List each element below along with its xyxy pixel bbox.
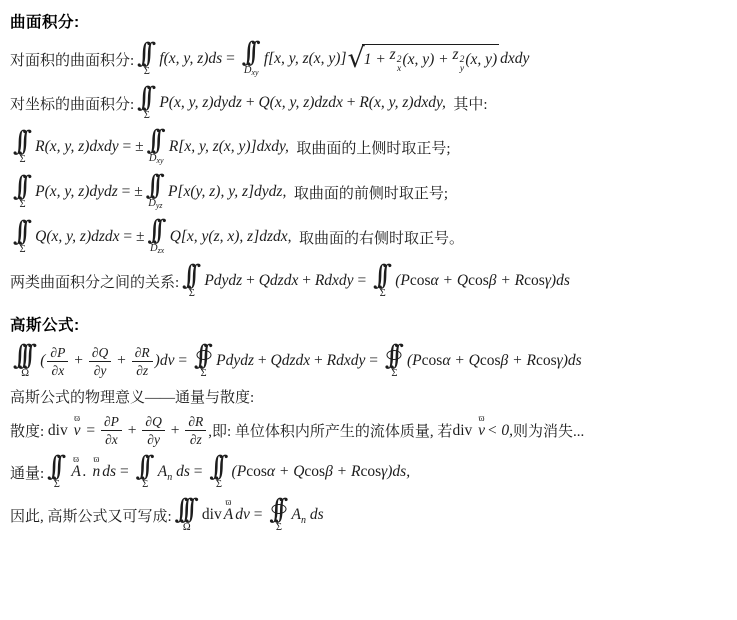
- math-roman-run: cos: [468, 272, 489, 290]
- math-italic-run: Q(x, y, z)dzdx: [258, 94, 342, 112]
- math-roman-run: cos: [422, 352, 443, 370]
- formula-two-types-relation: 两类曲面积分之间的关系:∫∫ΣPdydz + Qdzdx + Rdxdy = ∫…: [10, 263, 735, 299]
- math-italic-run: (P: [232, 463, 247, 481]
- math-roman-run: =: [174, 352, 191, 370]
- text-gauss-physical-meaning: 高斯公式的物理意义——通量与散度:: [10, 386, 735, 407]
- integral-sign-icon: ∫: [23, 343, 37, 369]
- integral-sign-icon: ∫: [152, 128, 166, 154]
- math-roman-run: div: [48, 422, 72, 440]
- math-italic-run: β + R: [489, 272, 524, 290]
- integral-signs: ∫∫: [136, 454, 155, 480]
- double-integral: ∫∫Σ: [209, 454, 228, 490]
- math-italic-run: (: [40, 352, 45, 370]
- double-integral: ∫∫Σ: [13, 174, 32, 210]
- integral-sign-icon: ∫: [18, 129, 32, 155]
- formula-gauss-rewritten: 因此, 高斯公式又可写成:∫∫∫ΩdivAϖdv = ∫∫ΣAn ds: [10, 497, 735, 533]
- triple-integral: ∫∫∫Ω: [175, 497, 199, 533]
- formula-divergence: 散度: div vϖ = ∂P∂x + ∂Q∂y + ∂R∂z,即: 单位体积内…: [10, 414, 735, 447]
- math-roman-run: +: [124, 422, 141, 440]
- formula-coordinate-type-surface-integral: 对坐标的曲面积分:∫∫ΣP(x, y, z)dydz + Q(x, y, z)d…: [10, 85, 735, 121]
- math-italic-run: < 0,: [487, 422, 513, 440]
- math-roman-run: div: [202, 506, 222, 524]
- vector-arrow-icon: ϖ: [479, 414, 485, 423]
- math-roman-run: =: [222, 50, 239, 68]
- closed-surface-circle-icon: [196, 350, 211, 360]
- math-italic-run: β + R: [325, 463, 360, 481]
- text-run: 则为消失...: [513, 420, 584, 441]
- fraction-denominator: ∂y: [94, 362, 107, 378]
- fraction-numerator: ∂P: [101, 414, 122, 431]
- triple-integral: ∫∫∫Ω: [13, 343, 37, 379]
- integral-signs: ∫∫: [242, 40, 261, 66]
- math-italic-run: (x, y): [465, 51, 497, 69]
- fraction-numerator: ∂Q: [142, 414, 164, 431]
- text-run: 对坐标的曲面积分:: [10, 93, 134, 114]
- math-roman-run: +: [70, 352, 87, 370]
- double-integral: ∫∫Dxy: [147, 128, 166, 166]
- math-roman-run: +: [242, 272, 259, 290]
- math-roman-run: +: [310, 352, 327, 370]
- formula-area-type-surface-integral: 对面积的曲面积分:∫∫Σf(x, y, z)ds = ∫∫Dxyf[x, y, …: [10, 40, 735, 78]
- integral-sign-icon: ∫: [153, 218, 167, 244]
- math-italic-run: Q(x, y, z)dzdx: [35, 228, 119, 246]
- subscript: n: [167, 472, 172, 483]
- text-run: 高斯公式的物理意义——通量与散度:: [10, 386, 254, 407]
- var-with-sub-sup: z2y: [453, 46, 466, 74]
- vector-variable: vϖ: [476, 422, 487, 440]
- integral-signs: ∫∫∫: [13, 343, 37, 369]
- math-italic-run: Qdzdx: [259, 272, 299, 290]
- subscript: y: [460, 65, 464, 74]
- text-run: 其中:: [446, 93, 488, 114]
- math-italic-run: Pdydz: [216, 352, 254, 370]
- math-italic-run: α + Q: [267, 463, 305, 481]
- integral-signs: ∫∫: [385, 343, 404, 369]
- closed-surface-circle-icon: [387, 350, 402, 360]
- double-integral: ∫∫Dyz: [146, 173, 165, 211]
- math-roman-run: = ±: [119, 138, 144, 156]
- math-italic-run: α + Q: [442, 352, 480, 370]
- fraction-denominator: ∂x: [105, 431, 118, 447]
- fraction-numerator: ∂Q: [89, 345, 111, 362]
- math-italic-run: dxdy: [500, 50, 529, 68]
- integral-sign-icon: ∫: [187, 263, 201, 289]
- vector-variable: nϖ: [91, 463, 103, 481]
- vector-variable: Aϖ: [69, 463, 82, 481]
- integral-signs: ∫∫: [194, 343, 213, 369]
- math-roman-run: cos: [536, 352, 557, 370]
- integral-sign-icon: ∫: [142, 85, 156, 111]
- integral-signs: ∫∫: [269, 497, 288, 523]
- double-integral: ∫∫Σ: [182, 263, 201, 299]
- limit-subscript: xy: [252, 68, 259, 77]
- text-run: 对面积的曲面积分:: [10, 49, 134, 70]
- math-roman-run: = ±: [118, 183, 143, 201]
- math-italic-run: α + Q: [431, 272, 469, 290]
- integral-signs: ∫∫: [209, 454, 228, 480]
- vector-arrow-icon: ϖ: [74, 414, 80, 423]
- integral-signs: ∫∫: [373, 263, 392, 289]
- integral-signs: ∫∫: [13, 129, 32, 155]
- math-roman-run: +: [298, 272, 315, 290]
- math-italic-run: R(x, y, z)dxdy: [35, 138, 119, 156]
- integral-sign-icon: ∫: [378, 263, 392, 289]
- math-roman-run: cos: [524, 272, 545, 290]
- math-italic-run: β + R: [501, 352, 536, 370]
- math-italic-run: f(x, y, z)ds: [159, 50, 222, 68]
- math-italic-run: .: [83, 463, 91, 481]
- sub-sup-stack: 2y: [460, 56, 465, 74]
- var-with-subscript: An: [291, 506, 305, 524]
- fraction-numerator: ∂R: [185, 414, 206, 431]
- text-run: 因此, 高斯公式又可写成:: [10, 505, 172, 526]
- math-roman-run: cos: [246, 463, 267, 481]
- math-italic-run: f[x, y, z(x, y)]: [264, 50, 347, 68]
- integral-signs: ∫∫: [13, 174, 32, 200]
- math-roman-run: cos: [410, 272, 431, 290]
- math-italic-run: R[x, y, z(x, y)]dxdy,: [169, 138, 289, 156]
- double-integral: ∫∫Dxy: [242, 40, 261, 78]
- math-italic-run: Pdydz: [204, 272, 242, 290]
- vector-variable: vϖ: [72, 422, 83, 440]
- math-roman-run: cos: [304, 463, 325, 481]
- formula-r-dxdy: ∫∫ΣR(x, y, z)dxdy = ±∫∫DxyR[x, y, z(x, y…: [10, 128, 735, 166]
- fraction: ∂P∂x: [101, 414, 122, 447]
- fraction: ∂Q∂y: [89, 345, 111, 378]
- integral-sign-icon: ∫: [247, 40, 261, 66]
- fraction-numerator: ∂P: [47, 345, 68, 362]
- math-italic-run: dv: [235, 506, 250, 524]
- fraction-denominator: ∂z: [190, 431, 202, 447]
- double-integral: ∫∫Σ: [13, 219, 32, 255]
- math-roman-run: cos: [480, 352, 501, 370]
- math-italic-run: γ)ds: [557, 352, 582, 370]
- var-with-subscript: An: [158, 463, 172, 481]
- vector-arrow-icon: ϖ: [73, 455, 79, 464]
- text-run: 两类曲面积分之间的关系:: [10, 271, 179, 292]
- math-italic-run: P(x, y, z)dydz: [35, 183, 118, 201]
- integral-signs: ∫∫: [148, 218, 167, 244]
- formula-p-dydz: ∫∫ΣP(x, y, z)dydz = ±∫∫DyzP[x(y, z), y, …: [10, 173, 735, 211]
- closed-surface-integral: ∫∫Σ: [194, 343, 213, 379]
- math-roman-run: +: [343, 94, 360, 112]
- vector-arrow-icon: ϖ: [93, 455, 99, 464]
- integral-sign-icon: ∫: [185, 497, 199, 523]
- integral-signs: ∫∫: [47, 454, 66, 480]
- math-italic-run: (x, y) +: [402, 51, 452, 69]
- double-integral: ∫∫Σ: [13, 129, 32, 165]
- integral-sign-icon: ∫: [151, 173, 165, 199]
- text-run: 取曲面的前侧时取正号;: [286, 182, 448, 203]
- text-run: 取曲面的上侧时取正号;: [289, 137, 451, 158]
- math-italic-run: 1 +: [364, 51, 390, 69]
- integral-signs: ∫∫: [146, 173, 165, 199]
- integral-sign-icon: ∫: [214, 454, 228, 480]
- math-italic-run: ds: [172, 463, 190, 481]
- document-page: 曲面积分:对面积的曲面积分:∫∫Σf(x, y, z)ds = ∫∫Dxyf[x…: [0, 0, 737, 620]
- integral-signs: ∫∫: [137, 85, 156, 111]
- math-roman-run: =: [365, 352, 382, 370]
- closed-surface-integral: ∫∫Σ: [269, 497, 288, 533]
- math-italic-run: Rdxdy: [315, 272, 354, 290]
- math-italic-run: ds: [102, 463, 116, 481]
- integral-signs: ∫∫: [13, 219, 32, 245]
- math-italic-run: γ)ds,: [381, 463, 410, 481]
- math-roman-run: cos: [360, 463, 381, 481]
- integral-signs: ∫∫: [182, 263, 201, 289]
- fraction-denominator: ∂z: [136, 362, 148, 378]
- math-italic-run: P[x(y, z), y, z]dydz,: [168, 183, 286, 201]
- integral-sign-icon: ∫: [18, 219, 32, 245]
- fraction: ∂Q∂y: [142, 414, 164, 447]
- limit-subscript: yz: [156, 201, 163, 210]
- var-with-sub-sup: z2x: [390, 46, 403, 74]
- vector-arrow-icon: ϖ: [225, 498, 231, 507]
- math-italic-run: Rdxdy: [327, 352, 366, 370]
- double-integral: ∫∫Σ: [137, 41, 156, 77]
- math-italic-run: P(x, y, z)dydz: [159, 94, 242, 112]
- double-integral: ∫∫Σ: [47, 454, 66, 490]
- math-roman-run: +: [242, 94, 259, 112]
- limit-subscript: zx: [158, 246, 165, 255]
- text-run: ,即: 单位体积内所产生的流体质量, 若: [208, 420, 452, 441]
- integral-signs: ∫∫: [147, 128, 166, 154]
- subscript: x: [397, 65, 401, 74]
- math-italic-run: (P: [407, 352, 422, 370]
- math-roman-run: =: [83, 422, 100, 440]
- fraction: ∂R∂z: [132, 345, 153, 378]
- integral-sign-icon: ∫: [141, 454, 155, 480]
- math-roman-run: +: [254, 352, 271, 370]
- math-italic-run: Q[x, y(z, x), z]dzdx,: [170, 228, 292, 246]
- math-italic-run: γ)ds: [545, 272, 570, 290]
- integral-sign-icon: ∫: [18, 174, 32, 200]
- fraction-denominator: ∂y: [147, 431, 160, 447]
- math-italic-run: R(x, y, z)dxdy,: [359, 94, 446, 112]
- subscript: n: [301, 515, 306, 526]
- vector-variable: Aϖ: [222, 506, 235, 524]
- radicand: 1 + z2x(x, y) + z2y(x, y): [362, 44, 499, 74]
- double-integral: ∫∫Σ: [136, 454, 155, 490]
- math-italic-run: )dv: [155, 352, 175, 370]
- fraction: ∂P∂x: [47, 345, 68, 378]
- math-italic-run: Qdzdx: [271, 352, 311, 370]
- math-roman-run: +: [167, 422, 184, 440]
- double-integral: ∫∫Dzx: [148, 218, 167, 256]
- math-roman-run: =: [250, 506, 267, 524]
- formula-flux: 通量:∫∫ΣAϖ. nϖds = ∫∫ΣAn ds = ∫∫Σ(Pcosα + …: [10, 454, 735, 490]
- closed-surface-integral: ∫∫Σ: [385, 343, 404, 379]
- formula-q-dzdx: ∫∫ΣQ(x, y, z)dzdx = ±∫∫DzxQ[x, y(z, x), …: [10, 218, 735, 256]
- heading-gauss-formula: 高斯公式:: [10, 313, 735, 335]
- formula-gauss: ∫∫∫Ω(∂P∂x + ∂Q∂y + ∂R∂z)dv = ∫∫ΣPdydz + …: [10, 343, 735, 379]
- integral-sign-icon: ∫: [142, 41, 156, 67]
- heading-surface-integral: 曲面积分:: [10, 10, 735, 32]
- math-roman-run: =: [116, 463, 133, 481]
- closed-surface-circle-icon: [271, 504, 286, 514]
- integral-signs: ∫∫: [137, 41, 156, 67]
- fraction-denominator: ∂x: [52, 362, 65, 378]
- text-run: 通量:: [10, 462, 44, 483]
- square-root: √1 + z2x(x, y) + z2y(x, y): [347, 44, 499, 74]
- limit-subscript: xy: [156, 156, 163, 165]
- math-italic-run: ds: [306, 506, 324, 524]
- math-roman-run: div: [452, 422, 476, 440]
- double-integral: ∫∫Σ: [137, 85, 156, 121]
- text-run: 取曲面的右侧时取正号。: [292, 227, 465, 248]
- math-roman-run: =: [190, 463, 207, 481]
- text-run: 散度:: [10, 420, 48, 441]
- double-integral: ∫∫Σ: [373, 263, 392, 299]
- fraction-numerator: ∂R: [132, 345, 153, 362]
- math-italic-run: (P: [395, 272, 410, 290]
- fraction: ∂R∂z: [185, 414, 206, 447]
- integral-signs: ∫∫∫: [175, 497, 199, 523]
- math-roman-run: = ±: [120, 228, 145, 246]
- sub-sup-stack: 2x: [397, 56, 402, 74]
- integral-sign-icon: ∫: [52, 454, 66, 480]
- math-roman-run: =: [354, 272, 371, 290]
- math-roman-run: +: [113, 352, 130, 370]
